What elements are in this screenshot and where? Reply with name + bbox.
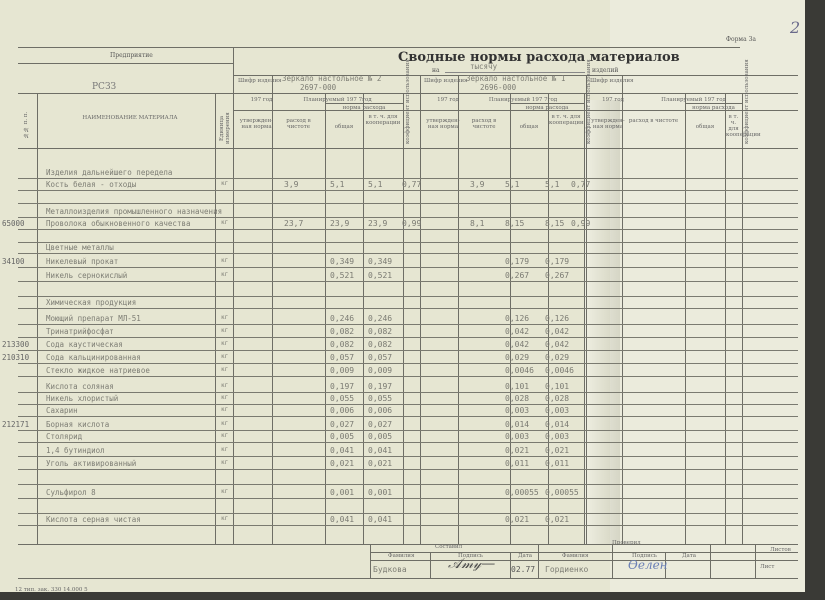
unit: кг (221, 340, 228, 347)
table-row: 212171Борная кислотакг0,0270,0140,0270,0… (0, 420, 800, 431)
col-header-approved: утвержден- ная норма (235, 118, 278, 130)
unit: кг (221, 406, 228, 413)
table-row: 213300Сода каустическаякг0,0820,0420,082… (0, 340, 800, 351)
norm-value-product-1: 0,006 (368, 406, 392, 415)
table-row: Сахаринкг0,0060,0030,0060,003 (0, 406, 800, 417)
norm-value-product-1: 0,001 (330, 488, 354, 497)
norm-value-product-1: 0,041 (368, 515, 392, 524)
norm-value-product-2: 0,003 (545, 432, 569, 441)
norm-value-product-1: 0,021 (330, 459, 354, 468)
norm-value-product-2: 0,99 (571, 219, 590, 228)
norm-value-product-2: 0,028 (545, 394, 569, 403)
table-row (0, 193, 800, 204)
compiler-name: Будкова (373, 565, 407, 574)
material-name: Сода кальцинированная (46, 353, 141, 362)
norm-value-product-2: 0,014 (505, 420, 529, 429)
unit: кг (221, 219, 228, 226)
norm-value-product-1: 0,057 (330, 353, 354, 362)
material-name: Кость белая - отходы (46, 180, 136, 189)
col-header-approved: утвержден- ная норма (588, 118, 628, 130)
table-row (0, 503, 800, 514)
material-name: Сода каустическая (46, 340, 123, 349)
norm-value-product-2: 0,77 (571, 180, 590, 189)
table-row (0, 474, 800, 485)
unit: кг (221, 271, 228, 278)
norm-value-product-1: 0,055 (330, 394, 354, 403)
col-header-total: общая (512, 124, 546, 130)
unit: кг (221, 515, 228, 522)
product-code-1: 2697-000 (300, 83, 336, 92)
form-label: Форма 3а (726, 36, 756, 43)
checker-date-label: Дата (682, 553, 696, 559)
compiler-surname-label: Фамилия (388, 553, 414, 559)
header-divider (510, 103, 584, 104)
norm-value-product-1: 0,041 (330, 446, 354, 455)
norm-value-product-2: 0,021 (545, 515, 569, 524)
norm-value-product-2: 0,028 (505, 394, 529, 403)
col-header-unit: Единица измерения (219, 110, 231, 146)
norm-value-product-2: 0,101 (505, 382, 529, 391)
col-header-norm: норма расхода (515, 105, 579, 111)
unit: кг (221, 366, 228, 373)
table-row: 34100Никелевый прокаткг0,3490,1790,3490,… (0, 257, 800, 268)
norm-value-product-2: 0,042 (545, 340, 569, 349)
norm-value-product-2: 0,267 (545, 271, 569, 280)
norm-value-product-2: 5,1 (545, 180, 559, 189)
material-name: Стекло жидкое натриевое (46, 366, 150, 375)
norm-value-product-2: 0,179 (505, 257, 529, 266)
unit: кг (221, 180, 228, 187)
col-header-planned: Планируемый 197 7год (282, 97, 393, 103)
col-header-year: 197 год (424, 97, 472, 103)
norm-value-product-1: 0,082 (368, 327, 392, 336)
norm-value-product-2: 0,014 (545, 420, 569, 429)
norm-value-product-1: 0,041 (368, 446, 392, 455)
col-header-norm: норма расхода (690, 105, 737, 111)
col-header-material: НАИМЕНОВАНИЕ МАТЕРИАЛА (80, 115, 180, 121)
page-mark: 2 (790, 18, 800, 37)
table-row: Столяридкг0,0050,0030,0050,003 (0, 432, 800, 443)
material-code: 212171 (2, 420, 29, 429)
norm-value-product-1: 0,082 (368, 340, 392, 349)
material-name: Никель сернокислый (46, 271, 127, 280)
norm-value-product-2: 0,101 (545, 382, 569, 391)
unit: кг (221, 382, 228, 389)
enterprise-label: Предприятие (110, 52, 153, 59)
per-prefix: на (432, 67, 440, 74)
norm-value-product-1: 0,521 (330, 271, 354, 280)
unit: кг (221, 394, 228, 401)
norm-value-product-1: 0,027 (330, 420, 354, 429)
material-name: Кислота соляная (46, 382, 114, 391)
table-row (0, 232, 800, 243)
compiler-date-label: Дата (518, 553, 532, 559)
norm-value-product-1: 5,1 (368, 180, 382, 189)
col-header-planned: Планируемый 197 год (632, 97, 755, 103)
header-divider (685, 103, 742, 104)
col-header-net: расход в чистоте (626, 118, 681, 124)
unit: кг (221, 257, 228, 264)
checked-label: Проверил (612, 540, 641, 546)
product-name-2: Зеркало настольное № 1 (466, 74, 565, 83)
norm-value-product-2: 0,003 (505, 406, 529, 415)
norm-value-product-1: 0,041 (330, 515, 354, 524)
material-name: 1,4 бутиндиол (46, 446, 105, 455)
table-row: Стекло жидкое натриевоекг0,0090,00460,00… (0, 366, 800, 377)
product-code-label-1: Шифр изделия (238, 78, 270, 84)
product-name-1: Зеркало настольное № 2 (282, 74, 381, 83)
checker-surname-label: Фамилия (562, 553, 588, 559)
product-code-2: 2696-000 (480, 83, 516, 92)
sheet-label: Лист (760, 564, 774, 570)
norm-value-product-2: 0,00055 (505, 488, 539, 497)
table-row: Сульфирол 8кг0,0010,000550,0010,00055 (0, 488, 800, 499)
table-row: Кислота серная чистаякг0,0410,0210,0410,… (0, 515, 800, 526)
col-header-norm: норма расхода (330, 105, 398, 111)
table-row: Кость белая - отходыкг3,93,95,15,15,15,1… (0, 180, 800, 191)
table-row: Тринатрийфосфаткг0,0820,0420,0820,042 (0, 327, 800, 338)
norm-value-product-2: 0,179 (545, 257, 569, 266)
table-row: Изделия дальнейшего передела (0, 168, 800, 179)
material-name: Сахарин (46, 406, 78, 415)
norm-value-product-2: 0,021 (545, 446, 569, 455)
norm-value-product-1: 0,009 (330, 366, 354, 375)
col-header-num: №№ п. п. (23, 108, 29, 142)
material-code: 65000 (2, 219, 25, 228)
material-name: Тринатрийфосфат (46, 327, 114, 336)
table-row: Химическая продукция (0, 298, 800, 309)
material-code: 34100 (2, 257, 25, 266)
material-name: Сульфирол 8 (46, 488, 96, 497)
col-header-planned: Планируемый 197 7год (468, 97, 578, 103)
material-name: Никелевый прокат (46, 257, 118, 266)
sheets-label: Листов (770, 547, 791, 553)
norm-value-product-1: 0,349 (368, 257, 392, 266)
compiler-date: 02.77 (511, 565, 535, 574)
table-row (0, 286, 800, 297)
printer-note: 12 тип. зак. 330 14.000 5 (15, 587, 88, 593)
norm-value-product-2: 8,1 (470, 219, 484, 228)
material-name: Уголь активированный (46, 459, 136, 468)
norm-value-product-2: 0,0046 (505, 366, 534, 375)
norm-value-product-1: 3,9 (284, 180, 298, 189)
material-code: 213300 (2, 340, 29, 349)
col-header-year: 197 год (237, 97, 286, 103)
norm-value-product-2: 0,029 (545, 353, 569, 362)
norm-value-product-1: 0,99 (402, 219, 421, 228)
norm-value-product-1: 0,521 (368, 271, 392, 280)
norm-value-product-1: 0,246 (330, 314, 354, 323)
norm-value-product-2: 0,042 (545, 327, 569, 336)
norm-value-product-1: 5,1 (330, 180, 344, 189)
unit: кг (221, 459, 228, 466)
unit: кг (221, 353, 228, 360)
norm-value-product-2: 0,0046 (545, 366, 574, 375)
col-header-net: расход в чистоте (276, 118, 321, 130)
norm-value-product-1: 0,246 (368, 314, 392, 323)
col-header-net: расход в чистоте (462, 118, 506, 130)
norm-value-product-2: 0,021 (505, 446, 529, 455)
norm-value-product-1: 23,9 (368, 219, 387, 228)
table-row: Цветные металлы (0, 243, 800, 254)
norm-value-product-2: 0,029 (505, 353, 529, 362)
unit: кг (221, 432, 228, 439)
norm-value-product-2: 0,021 (505, 515, 529, 524)
table-row: 1,4 бутиндиолкг0,0410,0210,0410,021 (0, 446, 800, 457)
unit: кг (221, 314, 228, 321)
norm-value-product-1: 0,197 (330, 382, 354, 391)
norm-value-product-2: 0,126 (505, 314, 529, 323)
norm-value-product-1: 0,009 (368, 366, 392, 375)
norm-value-product-1: 23,7 (284, 219, 303, 228)
norm-value-product-1: 0,055 (368, 394, 392, 403)
unit: кг (221, 446, 228, 453)
material-name: Цветные металлы (46, 243, 114, 252)
norm-value-product-2: 0,00055 (545, 488, 579, 497)
norm-value-product-1: 0,082 (330, 327, 354, 336)
table-row: Моющий препарат МЛ-51кг0,2460,1260,2460,… (0, 314, 800, 325)
material-name: Изделия дальнейшего передела (46, 168, 172, 177)
norm-value-product-2: 0,011 (505, 459, 529, 468)
col-header-year: 197 год (590, 97, 636, 103)
norm-value-product-1: 0,057 (368, 353, 392, 362)
col-header-total: общая (687, 124, 723, 130)
norm-value-product-2: 0,042 (505, 327, 529, 336)
per-suffix: изделий (592, 67, 618, 74)
norm-value-product-2: 5,1 (505, 180, 519, 189)
norm-value-product-1: 0,021 (368, 459, 392, 468)
col-header-incl: в т. ч. для кооперации (364, 114, 402, 126)
page-title: Сводные нормы расхода материалов (398, 50, 680, 65)
checker-name: Гордиенко (545, 565, 588, 574)
norm-value-product-1: 0,006 (330, 406, 354, 415)
col-header-total: общая (327, 124, 361, 130)
norm-value-product-1: 0,349 (330, 257, 354, 266)
table-row: Уголь активированныйкг0,0210,0110,0210,0… (0, 459, 800, 470)
norm-value-product-2: 0,042 (505, 340, 529, 349)
compiled-label: Составил (435, 544, 462, 550)
material-name: Проволока обыкновенного качества (46, 219, 191, 228)
col-header-incl: в т. ч. для кооперации (726, 114, 741, 138)
norm-value-product-2: 8,15 (545, 219, 564, 228)
enterprise-value: РСЗЗ (92, 82, 116, 92)
norm-value-product-1: 23,9 (330, 219, 349, 228)
material-code: 210310 (2, 353, 29, 362)
norm-value-product-1: 0,082 (330, 340, 354, 349)
header-divider (325, 103, 403, 104)
norm-value-product-2: 3,9 (470, 180, 484, 189)
col-header-coef: коэффициент использования (405, 96, 417, 144)
col-header-approved: утвержден- ная норма (422, 118, 464, 130)
compiler-signature: 𝒜𝓂𝓎— (448, 556, 495, 572)
product-code-label-3: Шифр изделия (590, 78, 622, 84)
norm-value-product-2: 0,126 (545, 314, 569, 323)
table-row: Металлоизделия промышленного назначения (0, 207, 800, 218)
norm-value-product-2: 0,003 (505, 432, 529, 441)
table-row: 65000Проволока обыкновенного качествакг2… (0, 219, 800, 230)
material-name: Никель хлористый (46, 394, 118, 403)
norm-value-product-1: 0,77 (402, 180, 421, 189)
col-header-coef: коэффициент использования (744, 96, 756, 144)
table-row: Никель хлористыйкг0,0550,0280,0550,028 (0, 394, 800, 405)
norm-value-product-1: 0,005 (368, 432, 392, 441)
unit: кг (221, 488, 228, 495)
material-name: Кислота серная чистая (46, 515, 141, 524)
norm-value-product-2: 0,267 (505, 271, 529, 280)
norm-value-product-1: 0,027 (368, 420, 392, 429)
unit: кг (221, 420, 228, 427)
col-header-incl: в т. ч. для кооперации (549, 114, 583, 126)
norm-value-product-2: 0,011 (545, 459, 569, 468)
material-name: Химическая продукция (46, 298, 136, 307)
table-row: Никель сернокислыйкг0,5210,2670,5210,267 (0, 271, 800, 282)
product-code-label-2: Шифр изделия (424, 78, 456, 84)
norm-value-product-1: 0,197 (368, 382, 392, 391)
table-row: Кислота солянаякг0,1970,1010,1970,101 (0, 382, 800, 393)
per-value: тысячу (470, 62, 497, 71)
material-name: Металлоизделия промышленного назначения (46, 207, 222, 216)
material-name: Борная кислота (46, 420, 109, 429)
norm-value-product-1: 0,001 (368, 488, 392, 497)
checker-signature: Ѳeлен (628, 558, 668, 572)
norm-value-product-2: 8,15 (505, 219, 524, 228)
norm-value-product-2: 0,003 (545, 406, 569, 415)
norm-value-product-1: 0,005 (330, 432, 354, 441)
table-row: 210310Сода кальцинированнаякг0,0570,0290… (0, 353, 800, 364)
material-name: Моющий препарат МЛ-51 (46, 314, 141, 323)
material-name: Столярид (46, 432, 82, 441)
unit: кг (221, 327, 228, 334)
